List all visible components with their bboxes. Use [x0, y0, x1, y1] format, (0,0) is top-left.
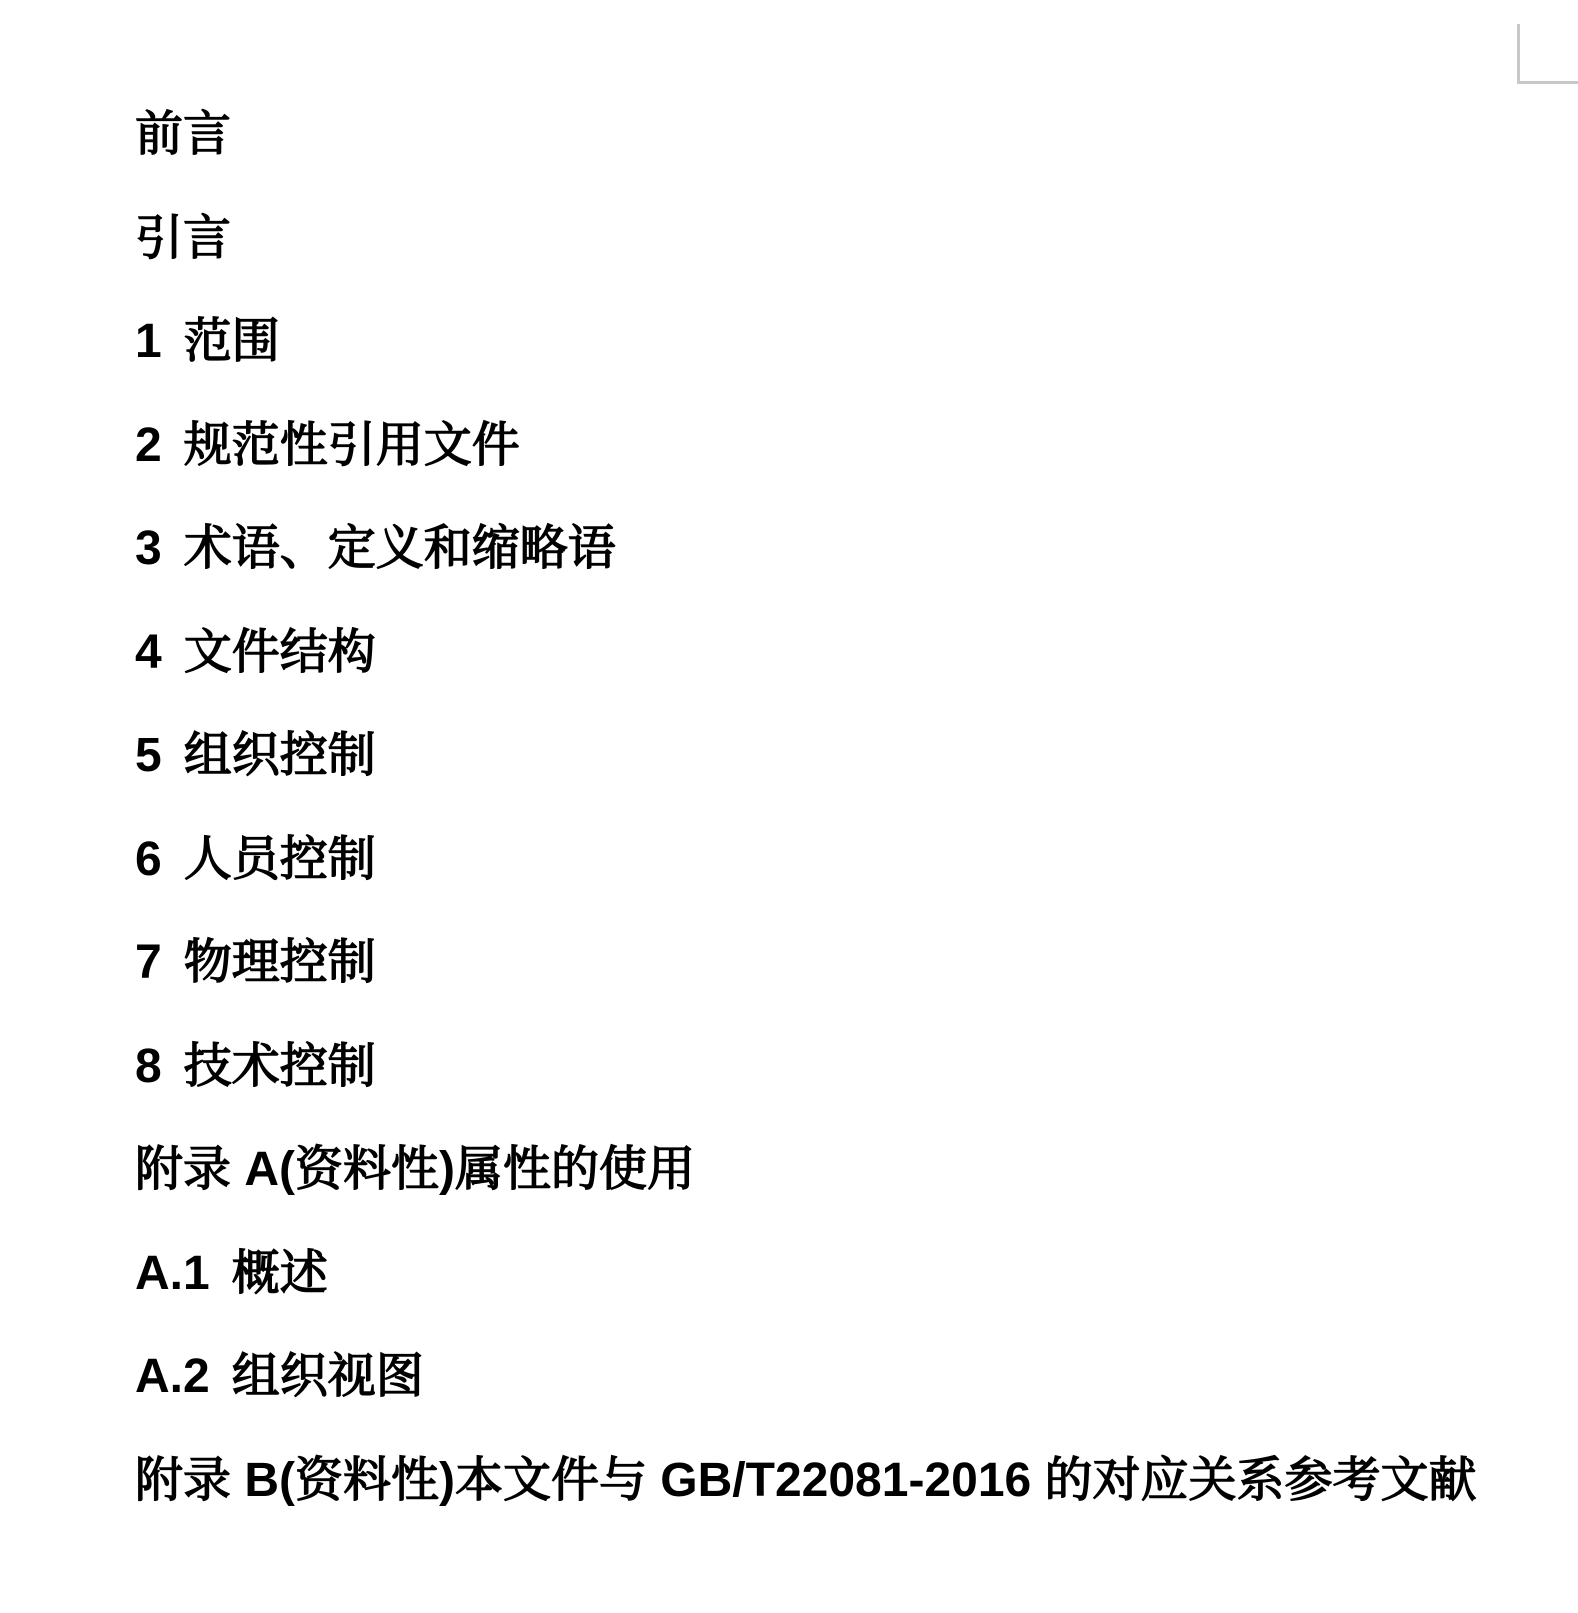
toc-entry-title: 人员控制 — [184, 833, 376, 886]
toc-entry-number: 3 — [135, 497, 162, 601]
toc-entry-title: 前言 — [135, 108, 231, 161]
toc-entry: A.2组织视图 — [135, 1325, 1538, 1429]
toc-entry: 引言 — [135, 187, 1538, 291]
toc-entry-title: 技术控制 — [184, 1040, 376, 1093]
toc-entry-number: 5 — [135, 704, 162, 808]
toc-entry-number: 8 — [135, 1015, 162, 1119]
toc-entry-number: 1 — [135, 290, 162, 394]
toc-entry: 2规范性引用文件 — [135, 394, 1538, 498]
toc-entry: 附录 B(资料性)本文件与 GB/T22081-2016 的对应关系参考文献 — [135, 1429, 1538, 1533]
toc-entry-number: A.1 — [135, 1222, 210, 1326]
toc-entry-number: 7 — [135, 911, 162, 1015]
toc-entry: A.1概述 — [135, 1222, 1538, 1326]
toc-entry-number: 2 — [135, 394, 162, 498]
toc-entry-title: 文件结构 — [184, 626, 376, 679]
toc-entry: 8技术控制 — [135, 1015, 1538, 1119]
toc-entry-title: 附录 A(资料性)属性的使用 — [135, 1143, 695, 1196]
table-of-contents: 前言 引言 1范围 2规范性引用文件 3术语、定义和缩略语 4文件结构 5组织控… — [0, 0, 1578, 1532]
toc-entry: 附录 A(资料性)属性的使用 — [135, 1118, 1538, 1222]
toc-entry-title: 范围 — [184, 315, 280, 368]
toc-entry: 6人员控制 — [135, 808, 1538, 912]
toc-entry-title: 规范性引用文件 — [184, 419, 520, 472]
toc-entry-title: 组织视图 — [232, 1350, 424, 1403]
toc-entry: 4文件结构 — [135, 601, 1538, 705]
toc-entry-title: 引言 — [135, 212, 231, 265]
toc-entry-number: 4 — [135, 601, 162, 705]
toc-entry-title: 概述 — [232, 1247, 328, 1300]
toc-entry: 3术语、定义和缩略语 — [135, 497, 1538, 601]
toc-entry-title: 物理控制 — [184, 936, 376, 989]
toc-entry-title: 术语、定义和缩略语 — [184, 522, 616, 575]
toc-entry-number: 6 — [135, 808, 162, 912]
toc-entry-title: 附录 B(资料性)本文件与 GB/T22081-2016 的对应关系参考文献 — [135, 1454, 1477, 1507]
toc-entry: 7物理控制 — [135, 911, 1538, 1015]
toc-entry-number: A.2 — [135, 1325, 210, 1429]
toc-entry: 前言 — [135, 83, 1538, 187]
toc-entry-title: 组织控制 — [184, 729, 376, 782]
toc-entry: 1范围 — [135, 290, 1538, 394]
toc-entry: 5组织控制 — [135, 704, 1538, 808]
page-corner-mark — [1517, 24, 1578, 84]
